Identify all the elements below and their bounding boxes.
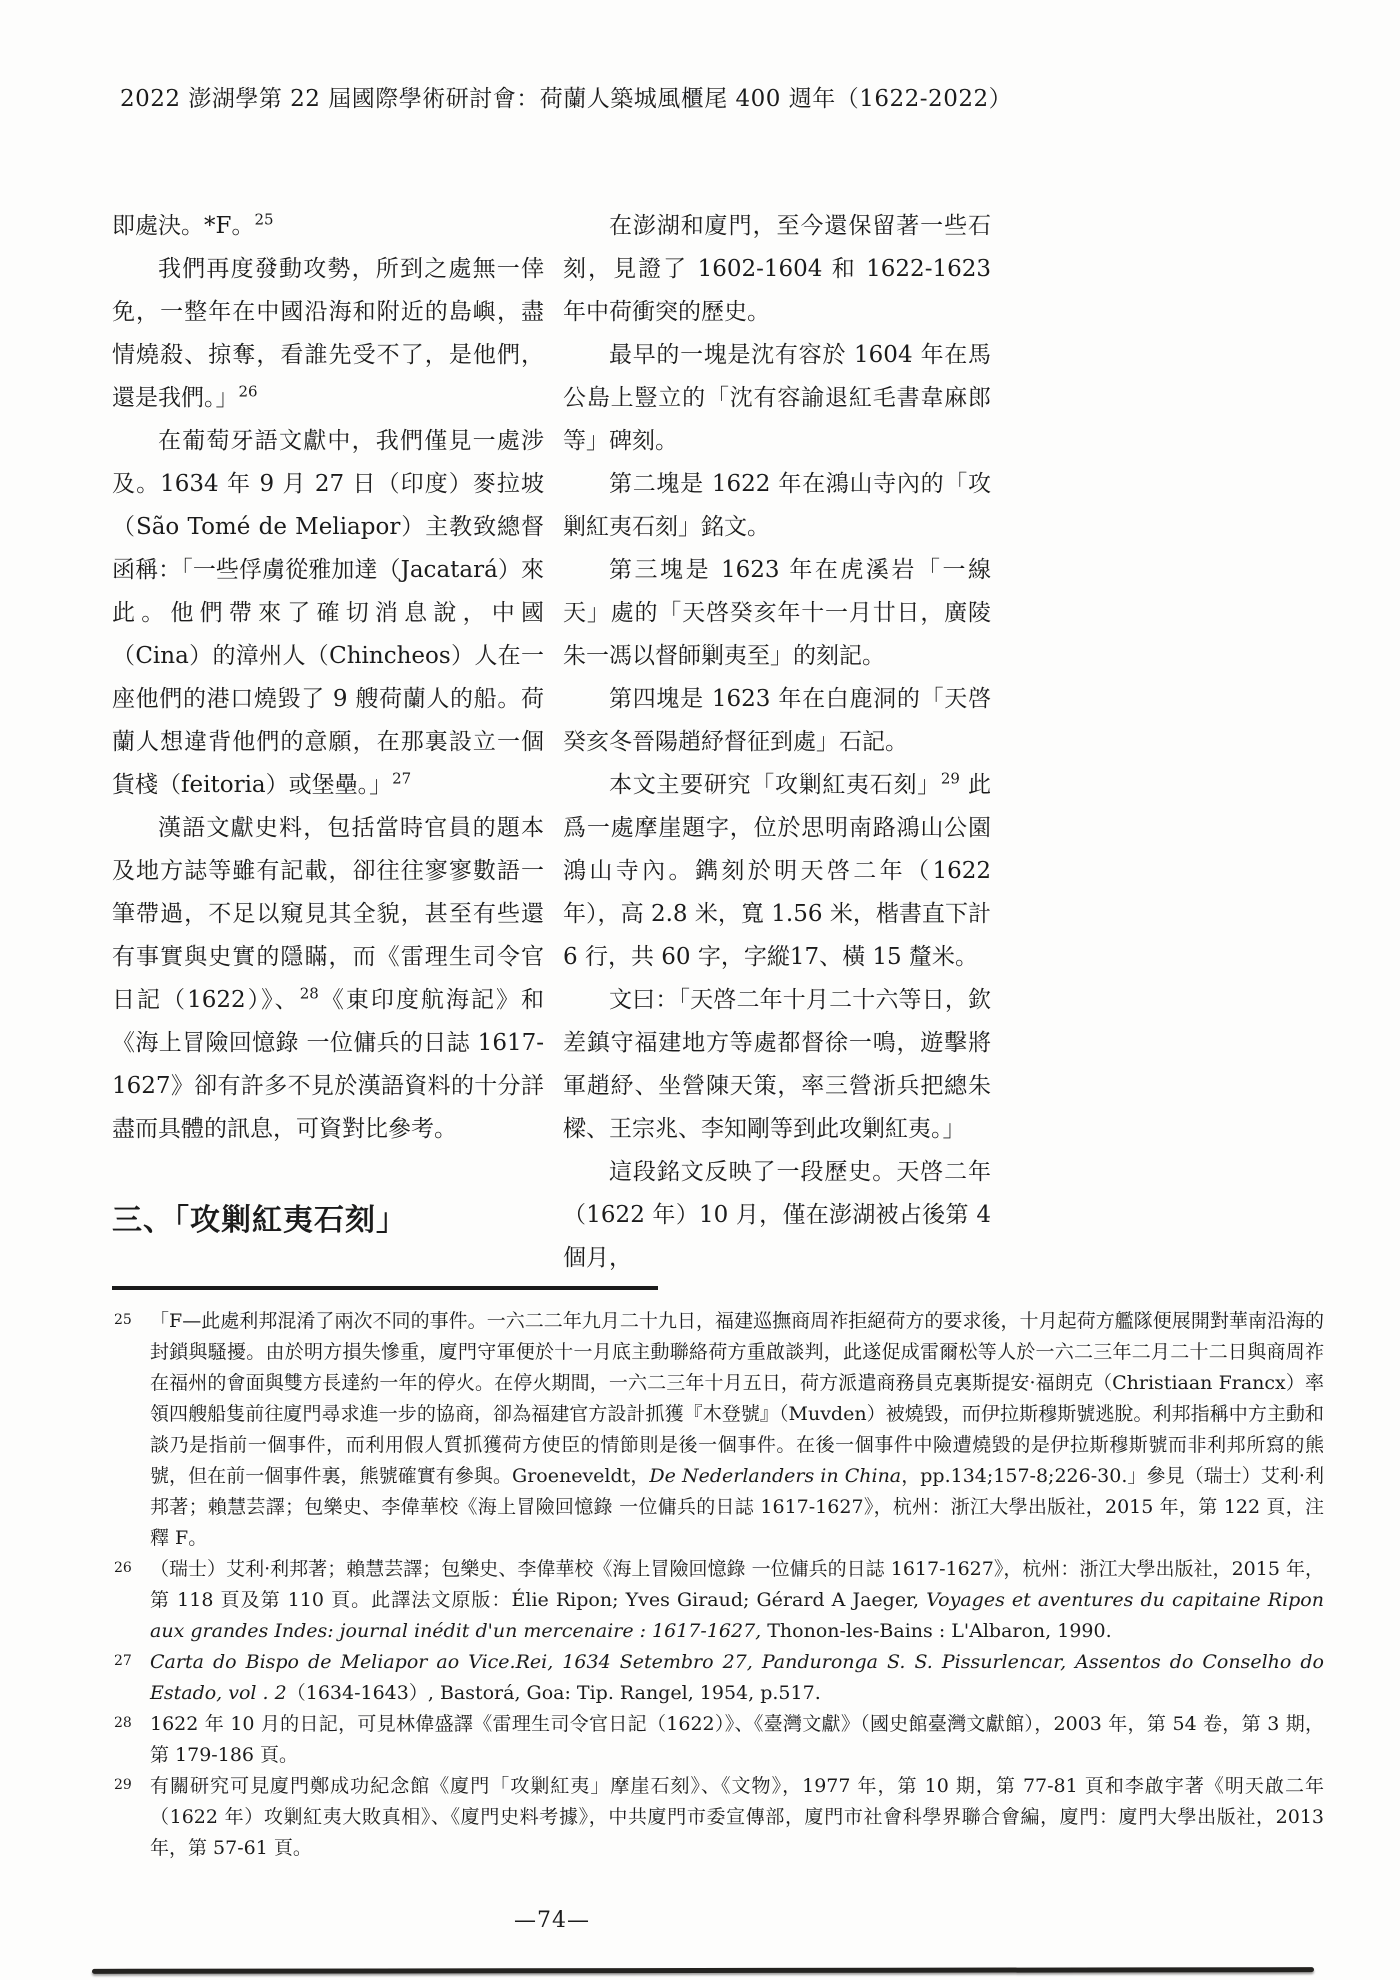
footnote-29: 29有關研究可見廈門鄭成功紀念館《廈門「攻剿紅夷」摩崖石刻》、《文物》，1977… — [112, 1771, 1324, 1864]
paragraph: 第二塊是 1622 年在鴻山寺內的「攻剿紅夷石刻」銘文。 — [563, 463, 991, 549]
scan-edge-artifact — [92, 1967, 1314, 1974]
footnote-text: 1622 年 10 月的日記，可見林偉盛譯《雷理生司令官日記（1622）》、《臺… — [150, 1713, 1324, 1766]
scanned-paper-page: 2022 澎湖學第 22 屆國際學術研討會：荷蘭人築城風櫃尾 400 週年（16… — [0, 0, 1400, 1980]
paragraph: 文曰：「天啓二年十月二十六等日，欽差鎮守福建地方等處都督徐一鳴，遊擊將軍趙紓、坐… — [563, 979, 991, 1151]
paragraph: 最早的一塊是沈有容於 1604 年在馬公島上豎立的「沈有容諭退紅毛書韋麻郎等」碑… — [563, 334, 991, 463]
paragraph-text: 我們再度發動攻勢，所到之處無一倖免，一整年在中國沿海和附近的島嶼，盡情燒殺、掠奪… — [112, 256, 544, 411]
paragraph: 漢語文獻史料，包括當時官員的題本及地方誌等雖有記載，卻往往寥寥數語一筆帶過，不足… — [112, 807, 544, 1151]
footnote-number: 27 — [114, 1646, 132, 1677]
paragraph-text: 即處決。*F。 — [112, 213, 254, 239]
body-column-right: 在澎湖和廈門，至今還保留著一些石刻，見證了 1602-1604 和 1622-1… — [563, 205, 991, 1280]
footnote-number: 26 — [114, 1553, 132, 1584]
footnote-25: 25「F—此處利邦混淆了兩次不同的事件。一六二二年九月二十九日，福建巡撫商周祚拒… — [112, 1306, 1324, 1554]
paragraph: 在澎湖和廈門，至今還保留著一些石刻，見證了 1602-1604 和 1622-1… — [563, 205, 991, 334]
paragraph-text: 第二塊是 1622 年在鴻山寺內的「攻剿紅夷石刻」銘文。 — [563, 471, 991, 540]
footnote-text: Thonon-les-Bains : L'Albaron, 1990. — [761, 1620, 1111, 1642]
paragraph-text: 此爲一處摩崖題字，位於思明南路鴻山公園鴻山寺內。鐫刻於明天啓二年（1622 年）… — [563, 772, 991, 970]
paragraph-text: 在葡萄牙語文獻中，我們僅見一處涉及。1634 年 9 月 27 日（印度）麥拉坡… — [112, 428, 544, 798]
footnote-text: 有關研究可見廈門鄭成功紀念館《廈門「攻剿紅夷」摩崖石刻》、《文物》，1977 年… — [150, 1775, 1324, 1859]
paragraph-text: 第四塊是 1623 年在白鹿洞的「天啓癸亥冬晉陽趙紓督征到處」石記。 — [563, 686, 991, 755]
footnote-ref-28: 28 — [300, 984, 319, 1002]
footnote-number: 29 — [114, 1770, 132, 1801]
paragraph: 這段銘文反映了一段歷史。天啓二年（1622 年）10 月，僅在澎湖被占後第 4 … — [563, 1151, 991, 1280]
footnote-text: 「F—此處利邦混淆了兩次不同的事件。一六二二年九月二十九日，福建巡撫商周祚拒絕荷… — [150, 1310, 1324, 1487]
footnote-ref-25: 25 — [254, 210, 273, 228]
paragraph-text: 這段銘文反映了一段歷史。天啓二年（1622 年）10 月，僅在澎湖被占後第 4 … — [563, 1159, 991, 1271]
paragraph: 即處決。*F。25 — [112, 205, 544, 248]
footnote-ref-29: 29 — [941, 769, 960, 787]
paragraph-quote: 我們再度發動攻勢，所到之處無一倖免，一整年在中國沿海和附近的島嶼，盡情燒殺、掠奪… — [112, 248, 544, 420]
section-heading: 三、「攻剿紅夷石刻」 — [112, 1195, 544, 1239]
paragraph-text: 本文主要研究「攻剿紅夷石刻」 — [609, 772, 941, 798]
footnote-27: 27Carta do Bispo de Meliapor ao Vice.Rei… — [112, 1647, 1324, 1709]
footnotes-block: 25「F—此處利邦混淆了兩次不同的事件。一六二二年九月二十九日，福建巡撫商周祚拒… — [112, 1306, 1324, 1864]
footnote-divider — [112, 1286, 658, 1290]
paragraph: 在葡萄牙語文獻中，我們僅見一處涉及。1634 年 9 月 27 日（印度）麥拉坡… — [112, 420, 544, 807]
page-number: —74— — [112, 1908, 992, 1933]
footnote-text-italic: De Nederlanders in China — [649, 1465, 901, 1487]
paragraph: 第四塊是 1623 年在白鹿洞的「天啓癸亥冬晉陽趙紓督征到處」石記。 — [563, 678, 991, 764]
footnote-number: 28 — [114, 1708, 132, 1739]
paragraph-text: 在澎湖和廈門，至今還保留著一些石刻，見證了 1602-1604 和 1622-1… — [563, 213, 991, 325]
footnote-text: （1634-1643）, Bastorá, Goa: Tip. Rangel, … — [287, 1682, 821, 1704]
paragraph-text: 漢語文獻史料，包括當時官員的題本及地方誌等雖有記載，卻往往寥寥數語一筆帶過，不足… — [112, 815, 544, 1013]
footnote-number: 25 — [114, 1305, 132, 1336]
paragraph-text: 文曰：「天啓二年十月二十六等日，欽差鎮守福建地方等處都督徐一鳴，遊擊將軍趙紓、坐… — [563, 987, 991, 1142]
footnote-ref-27: 27 — [392, 769, 411, 787]
running-header: 2022 澎湖學第 22 屆國際學術研討會：荷蘭人築城風櫃尾 400 週年（16… — [120, 80, 1220, 113]
paragraph: 第三塊是 1623 年在虎溪岩「一線天」處的「天啓癸亥年十一月廿日，廣陵朱一馮以… — [563, 549, 991, 678]
footnote-28: 281622 年 10 月的日記，可見林偉盛譯《雷理生司令官日記（1622）》、… — [112, 1709, 1324, 1771]
body-column-left: 即處決。*F。25 我們再度發動攻勢，所到之處無一倖免，一整年在中國沿海和附近的… — [112, 205, 544, 1239]
footnote-26: 26（瑞士）艾利·利邦著；賴慧芸譯；包樂史、李偉華校《海上冒險回憶錄 一位傭兵的… — [112, 1554, 1324, 1647]
footnote-ref-26: 26 — [239, 382, 258, 400]
paragraph-text: 最早的一塊是沈有容於 1604 年在馬公島上豎立的「沈有容諭退紅毛書韋麻郎等」碑… — [563, 342, 991, 454]
paragraph-text: 第三塊是 1623 年在虎溪岩「一線天」處的「天啓癸亥年十一月廿日，廣陵朱一馮以… — [563, 557, 991, 669]
paragraph: 本文主要研究「攻剿紅夷石刻」29 此爲一處摩崖題字，位於思明南路鴻山公園鴻山寺內… — [563, 764, 991, 979]
